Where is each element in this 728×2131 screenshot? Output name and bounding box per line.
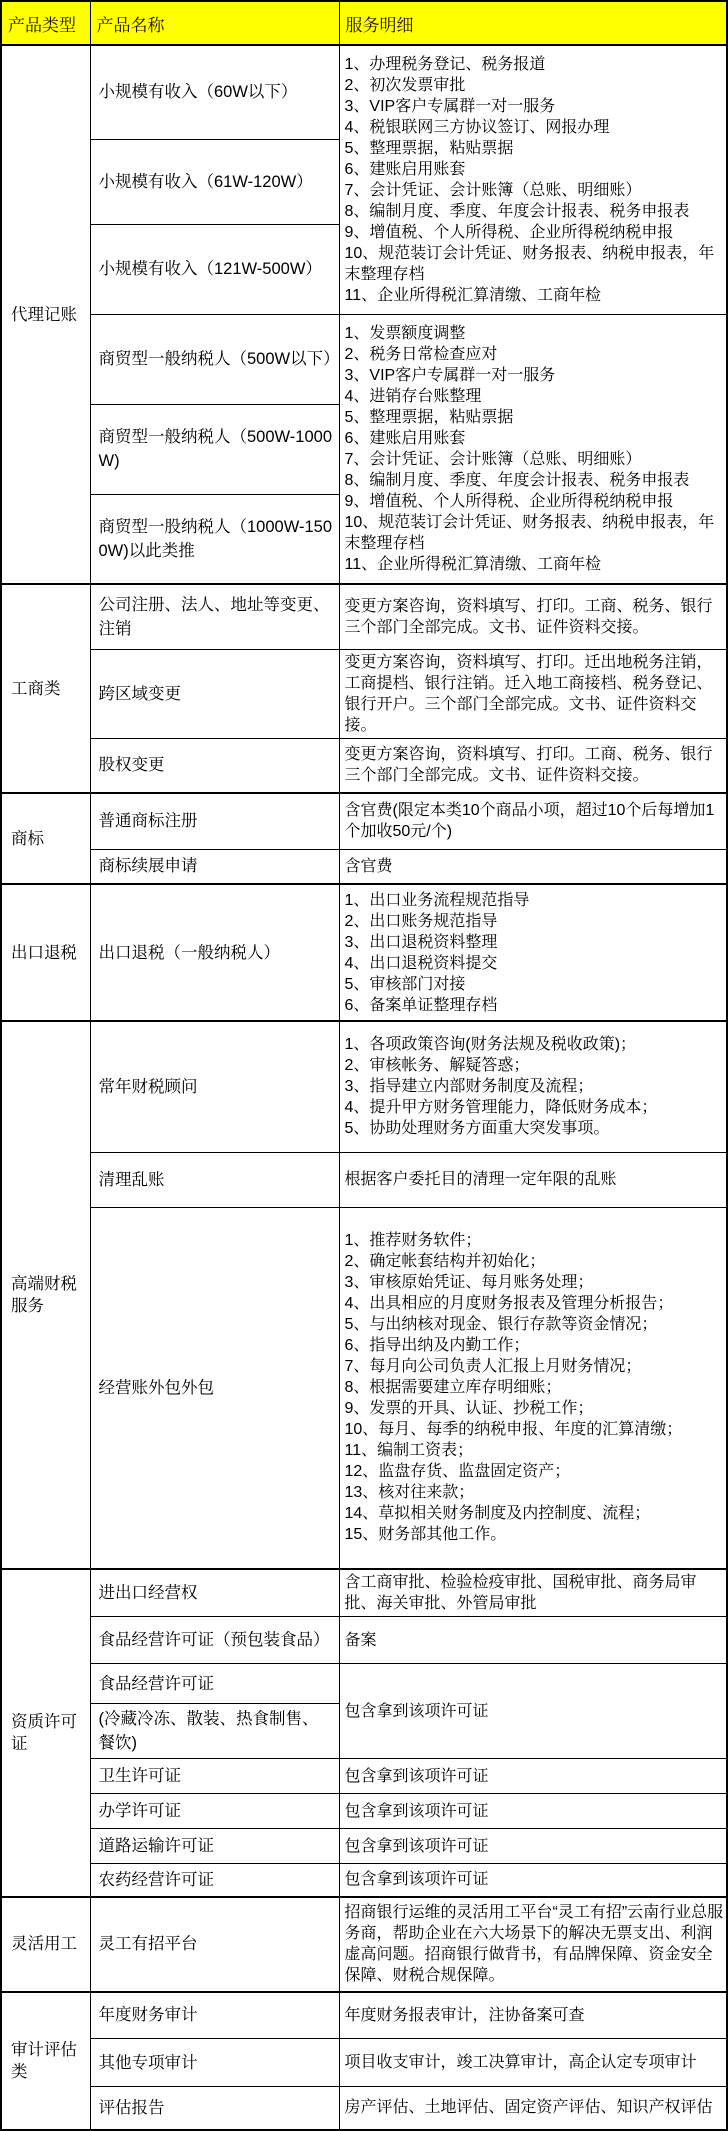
product-name-cell: 卫生许可证 bbox=[90, 1759, 339, 1794]
header-product-name-cell: 产品名称 bbox=[90, 1, 339, 45]
table-row: 其他专项审计 项目收支审计，竣工决算审计，高企认定专项审计 bbox=[1, 2039, 727, 2087]
service-details-cell: 1、各项政策咨询(财务法规及税收政策)； 2、审核帐务、解疑答惑； 3、指导建立… bbox=[339, 1021, 727, 1152]
product-name-cell: 普通商标注册 bbox=[90, 793, 339, 849]
product-name-cell: (冷藏冷冻、散装、热食制售、餐饮) bbox=[90, 1704, 339, 1759]
service-details-cell: 年度财务报表审计，注协备案可查 bbox=[339, 1992, 727, 2039]
service-details-cell: 包含拿到该项许可证 bbox=[339, 1759, 727, 1794]
product-name-cell: 商贸型一般纳税人（500W以下） bbox=[90, 314, 339, 404]
table-row: 农药经营许可证 包含拿到该项许可证 bbox=[1, 1864, 727, 1897]
service-details-cell: 含官费(限定本类10个商品小项，超过10个后每增加1个加收50元/个) bbox=[339, 793, 727, 849]
service-table: 产品类型 产品名称 服务明细 代理记账 小规模有收入（60W以下） 1、办理税务… bbox=[0, 0, 728, 2131]
table-row: 高端财税服务 常年财税顾问 1、各项政策咨询(财务法规及税收政策)； 2、审核帐… bbox=[1, 1021, 727, 1152]
service-details-cell: 招商银行运维的灵活用工平台“灵工有招”云南行业总服务商，帮助企业在六大场景下的解… bbox=[339, 1897, 727, 1992]
table-row: 股权变更 变更方案咨询，资料填写、打印。工商、税务、银行三个部门全部完成。文书、… bbox=[1, 738, 727, 793]
service-details-cell: 变更方案咨询，资料填写、打印。工商、税务、银行三个部门全部完成。文书、证件资料交… bbox=[339, 738, 727, 793]
table-row: 卫生许可证 包含拿到该项许可证 bbox=[1, 1759, 727, 1794]
product-name-cell: 食品经营许可证（预包装食品） bbox=[90, 1617, 339, 1664]
category-cell: 代理记账 bbox=[1, 45, 90, 584]
table-row: 经营账外包外包 1、推荐财务软件； 2、确定帐套结构并初始化； 3、审核原始凭证… bbox=[1, 1207, 727, 1569]
header-row: 产品类型 产品名称 服务明细 bbox=[1, 1, 727, 45]
product-name-cell: 其他专项审计 bbox=[90, 2039, 339, 2087]
product-name-cell: 小规模有收入（61W-120W） bbox=[90, 139, 339, 224]
table-row: 评估报告 房产评估、土地评估、固定资产评估、知识产权评估 bbox=[1, 2087, 727, 2130]
table-row: 审计评估类 年度财务审计 年度财务报表审计，注协备案可查 bbox=[1, 1992, 727, 2039]
service-details-cell: 包含拿到该项许可证 bbox=[339, 1864, 727, 1897]
product-name-cell: 年度财务审计 bbox=[90, 1992, 339, 2039]
table-row: 食品经营许可证 包含拿到该项许可证 bbox=[1, 1664, 727, 1704]
product-name-cell: 道路运输许可证 bbox=[90, 1829, 339, 1864]
product-name-cell: 食品经营许可证 bbox=[90, 1664, 339, 1704]
product-name-cell: 商标续展申请 bbox=[90, 849, 339, 884]
service-details-cell: 1、推荐财务软件； 2、确定帐套结构并初始化； 3、审核原始凭证、每月账务处理；… bbox=[339, 1207, 727, 1569]
product-name-cell: 办学许可证 bbox=[90, 1794, 339, 1829]
category-cell: 工商类 bbox=[1, 584, 90, 793]
product-name-cell: 灵工有招平台 bbox=[90, 1897, 339, 1992]
service-details-cell: 1、办理税务登记、税务报道 2、初次发票审批 3、VIP客户专属群一对一服务 4… bbox=[339, 45, 727, 314]
category-cell: 资质许可证 bbox=[1, 1569, 90, 1897]
service-details-cell: 变更方案咨询，资料填写、打印。迁出地税务注销，工商提档、银行注销。迁入地工商接档… bbox=[339, 649, 727, 738]
category-cell: 灵活用工 bbox=[1, 1897, 90, 1992]
table-row: 出口退税 出口退税（一般纳税人） 1、出口业务流程规范指导 2、出口账务规范指导… bbox=[1, 884, 727, 1021]
table-row: 代理记账 小规模有收入（60W以下） 1、办理税务登记、税务报道 2、初次发票审… bbox=[1, 45, 727, 139]
category-cell: 高端财税服务 bbox=[1, 1021, 90, 1569]
category-cell: 审计评估类 bbox=[1, 1992, 90, 2130]
category-cell: 商标 bbox=[1, 793, 90, 884]
table-row: 清理乱账 根据客户委托目的清理一定年限的乱账 bbox=[1, 1152, 727, 1207]
table-row: 办学许可证 包含拿到该项许可证 bbox=[1, 1794, 727, 1829]
header-product-type-cell: 产品类型 bbox=[1, 1, 90, 45]
table-row: 工商类 公司注册、法人、地址等变更、注销 变更方案咨询，资料填写、打印。工商、税… bbox=[1, 584, 727, 649]
service-details-cell: 1、出口业务流程规范指导 2、出口账务规范指导 3、出口退税资料整理 4、出口退… bbox=[339, 884, 727, 1021]
service-details-cell: 含工商审批、检验检疫审批、国税审批、商务局审批、海关审批、外管局审批 bbox=[339, 1569, 727, 1617]
table-row: 商标 普通商标注册 含官费(限定本类10个商品小项，超过10个后每增加1个加收5… bbox=[1, 793, 727, 849]
service-details-cell: 包含拿到该项许可证 bbox=[339, 1829, 727, 1864]
table-row: 食品经营许可证（预包装食品） 备案 bbox=[1, 1617, 727, 1664]
service-details-cell: 包含拿到该项许可证 bbox=[339, 1794, 727, 1829]
header-service-detail-cell: 服务明细 bbox=[339, 1, 727, 45]
table-row: 灵活用工 灵工有招平台 招商银行运维的灵活用工平台“灵工有招”云南行业总服务商，… bbox=[1, 1897, 727, 1992]
product-name-cell: 公司注册、法人、地址等变更、注销 bbox=[90, 584, 339, 649]
table-row: 道路运输许可证 包含拿到该项许可证 bbox=[1, 1829, 727, 1864]
product-name-cell: 商贸型一股纳税人（1000W-1500W)以此类推 bbox=[90, 494, 339, 584]
product-name-cell: 农药经营许可证 bbox=[90, 1864, 339, 1897]
service-details-cell: 变更方案咨询，资料填写、打印。工商、税务、银行三个部门全部完成。文书、证件资料交… bbox=[339, 584, 727, 649]
product-name-cell: 出口退税（一般纳税人） bbox=[90, 884, 339, 1021]
product-name-cell: 商贸型一般纳税人（500W-1000W) bbox=[90, 404, 339, 494]
product-name-cell: 小规模有收入（121W-500W） bbox=[90, 224, 339, 314]
product-name-cell: 清理乱账 bbox=[90, 1152, 339, 1207]
table-row: 跨区域变更 变更方案咨询，资料填写、打印。迁出地税务注销，工商提档、银行注销。迁… bbox=[1, 649, 727, 738]
service-details-cell: 项目收支审计，竣工决算审计，高企认定专项审计 bbox=[339, 2039, 727, 2087]
service-details-cell: 根据客户委托目的清理一定年限的乱账 bbox=[339, 1152, 727, 1207]
product-name-cell: 跨区域变更 bbox=[90, 649, 339, 738]
category-cell: 出口退税 bbox=[1, 884, 90, 1021]
service-details-cell: 备案 bbox=[339, 1617, 727, 1664]
table-row: 商贸型一般纳税人（500W以下） 1、发票额度调整 2、税务日常检查应对 3、V… bbox=[1, 314, 727, 404]
service-details-cell: 房产评估、土地评估、固定资产评估、知识产权评估 bbox=[339, 2087, 727, 2130]
product-name-cell: 小规模有收入（60W以下） bbox=[90, 45, 339, 139]
product-name-cell: 评估报告 bbox=[90, 2087, 339, 2130]
table-row: 资质许可证 进出口经营权 含工商审批、检验检疫审批、国税审批、商务局审批、海关审… bbox=[1, 1569, 727, 1617]
product-name-cell: 股权变更 bbox=[90, 738, 339, 793]
service-details-cell: 1、发票额度调整 2、税务日常检查应对 3、VIP客户专属群一对一服务 4、进销… bbox=[339, 314, 727, 584]
product-name-cell: 常年财税顾问 bbox=[90, 1021, 339, 1152]
table-row: 商标续展申请 含官费 bbox=[1, 849, 727, 884]
product-name-cell: 经营账外包外包 bbox=[90, 1207, 339, 1569]
product-name-cell: 进出口经营权 bbox=[90, 1569, 339, 1617]
service-details-cell: 含官费 bbox=[339, 849, 727, 884]
service-details-cell: 包含拿到该项许可证 bbox=[339, 1664, 727, 1759]
